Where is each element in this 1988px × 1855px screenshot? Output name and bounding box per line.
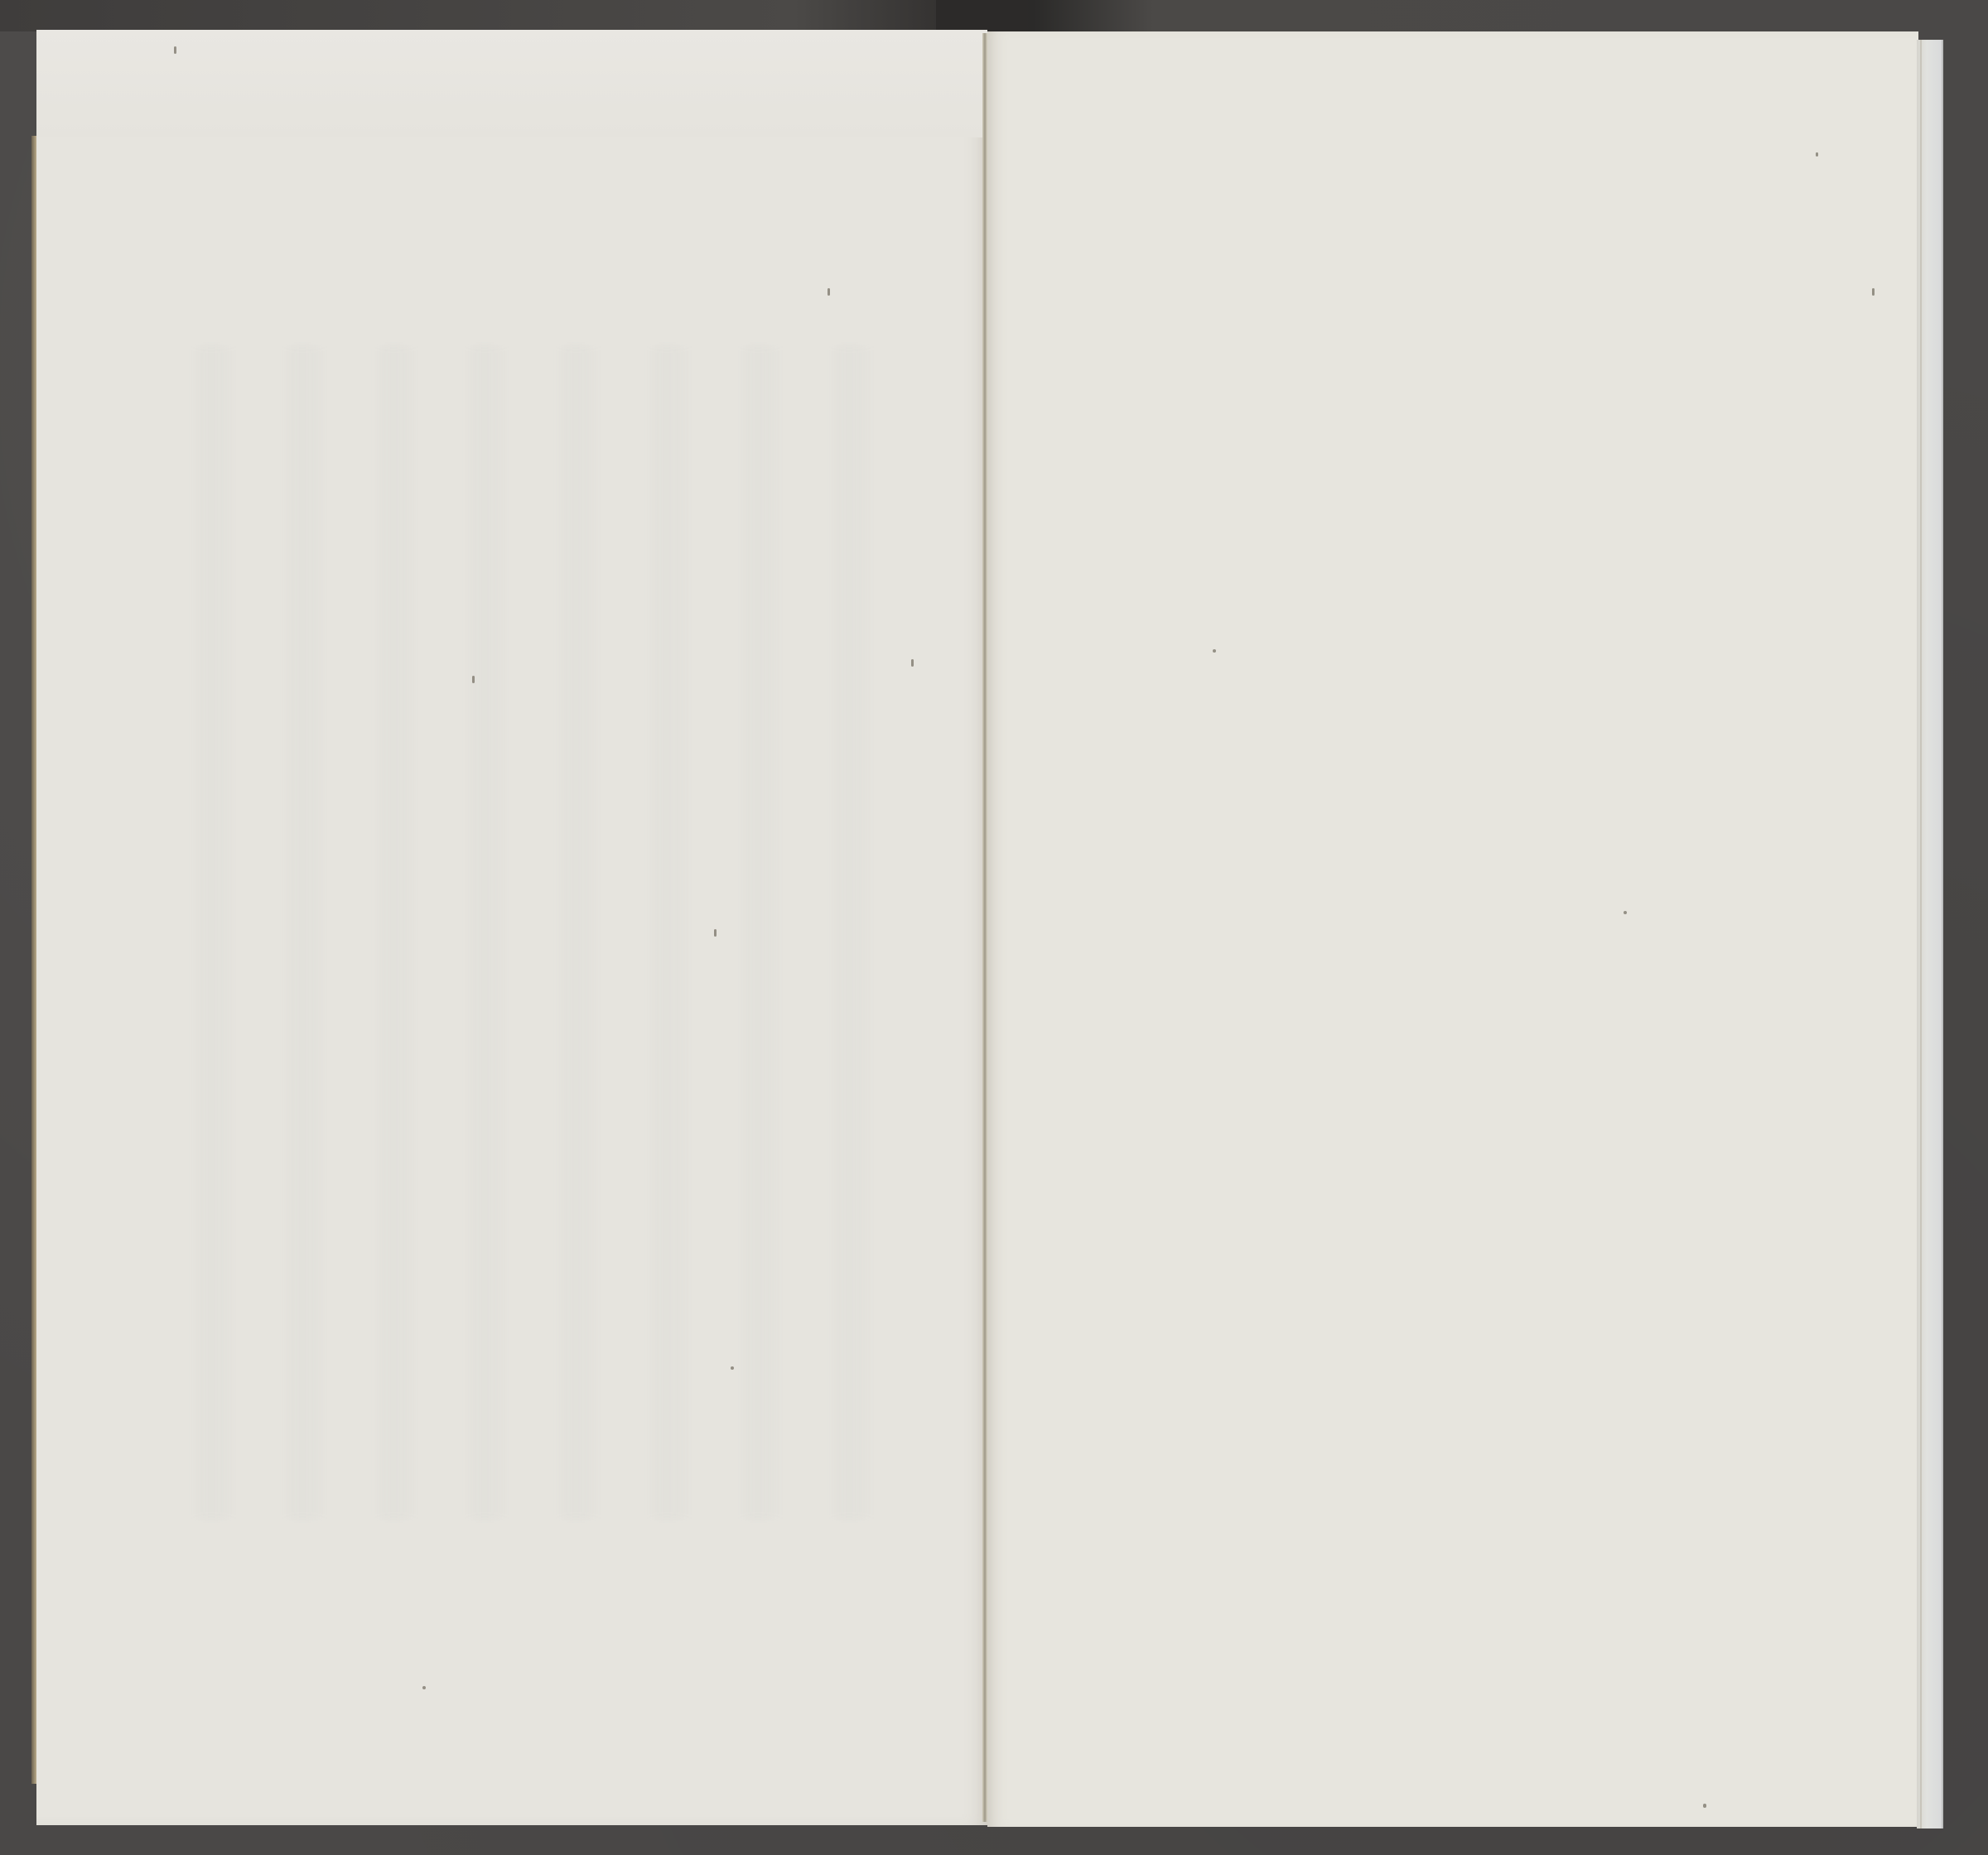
fore-edge-line <box>1920 40 1922 1828</box>
paper-speck <box>911 659 914 667</box>
paper-speck <box>1816 152 1818 157</box>
show-through-text <box>186 344 898 1520</box>
paper-speck <box>1872 288 1875 296</box>
left-page-top-margin <box>36 30 987 137</box>
paper-speck <box>731 1366 734 1370</box>
paper-speck <box>422 1686 426 1689</box>
paper-speck <box>1703 1804 1706 1808</box>
left-page-edge <box>31 136 36 1784</box>
paper-speck <box>1213 649 1216 653</box>
paper-speck <box>174 46 176 54</box>
paper-speck <box>1624 911 1627 914</box>
left-page <box>36 30 987 1825</box>
paper-speck <box>472 676 475 683</box>
right-page <box>987 31 1918 1827</box>
paper-speck <box>714 929 717 937</box>
paper-speck <box>828 288 830 296</box>
